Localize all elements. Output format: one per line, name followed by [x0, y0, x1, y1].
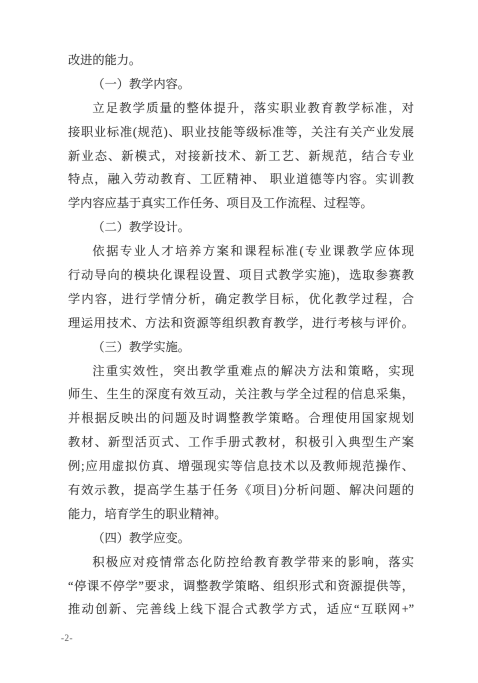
text-line: 接职业标准(规范)、职业技能等级标准等，关注有关产业发展	[68, 121, 414, 145]
text-line: 推动创新、完善线上线下混合式教学方式，适应“互联网+”	[68, 598, 414, 622]
text-line: 师生、生生的深度有效互动，关注教与学全过程的信息采集，	[68, 383, 414, 407]
text-line: 教材、新型活页式、工作手册式教材，积极引入典型生产案	[68, 431, 414, 455]
text-line: 依据专业人才培养方案和课程标准(专业课教学应体现	[68, 240, 414, 264]
text-line: 学内容应基于真实工作任务、项目及工作流程、过程等。	[68, 192, 414, 216]
text-line: 有效示教，提高学生基于任务《项目)分析问题、解决问题的	[68, 479, 414, 503]
document-page: 改进的能力。（一）教学内容。立足教学质量的整体提升，落实职业教育教学标准，对接职…	[0, 0, 478, 683]
text-line: 并根据反映出的问题及时调整教学策略。合理使用国家规划	[68, 407, 414, 431]
text-line: 特点，融入劳动教育、工匠精神、 职业道德等内容。实训教	[68, 168, 414, 192]
text-line: 能力，培育学生的职业精神。	[68, 503, 414, 527]
text-line: （三）教学实施。	[68, 336, 414, 360]
text-line: 新业态、新模式，对接新技术、新工艺、新规范，结合专业	[68, 145, 414, 169]
text-block: 改进的能力。（一）教学内容。立足教学质量的整体提升，落实职业教育教学标准，对接职…	[68, 49, 414, 622]
text-line: 立足教学质量的整体提升，落实职业教育教学标准，对	[68, 97, 414, 121]
text-line: （一）教学内容。	[68, 73, 414, 97]
text-line: 积极应对疫情常态化防控给教育教学带来的影响，落实	[68, 551, 414, 575]
text-line: “停课不停学”要求，调整教学策略、组织形式和资源提供等，	[68, 575, 414, 599]
page-number: -2-	[61, 633, 73, 643]
text-line: 行动导向的模块化课程设置、项目式教学实施)，选取参赛教	[68, 264, 414, 288]
text-line: （四）教学应变。	[68, 527, 414, 551]
text-line: 例;应用虚拟仿真、增强现实等信息技术以及教师规范操作、	[68, 455, 414, 479]
text-line: 改进的能力。	[68, 49, 414, 73]
text-line: 理运用技术、方法和资源等组织教育教学，进行考核与评价。	[68, 312, 414, 336]
text-line: （二）教学设计。	[68, 216, 414, 240]
text-line: 学内容，进行学情分析，确定教学目标，优化教学过程，合	[68, 288, 414, 312]
text-line: 注重实效性，突出教学重难点的解决方法和策略，实现	[68, 360, 414, 384]
